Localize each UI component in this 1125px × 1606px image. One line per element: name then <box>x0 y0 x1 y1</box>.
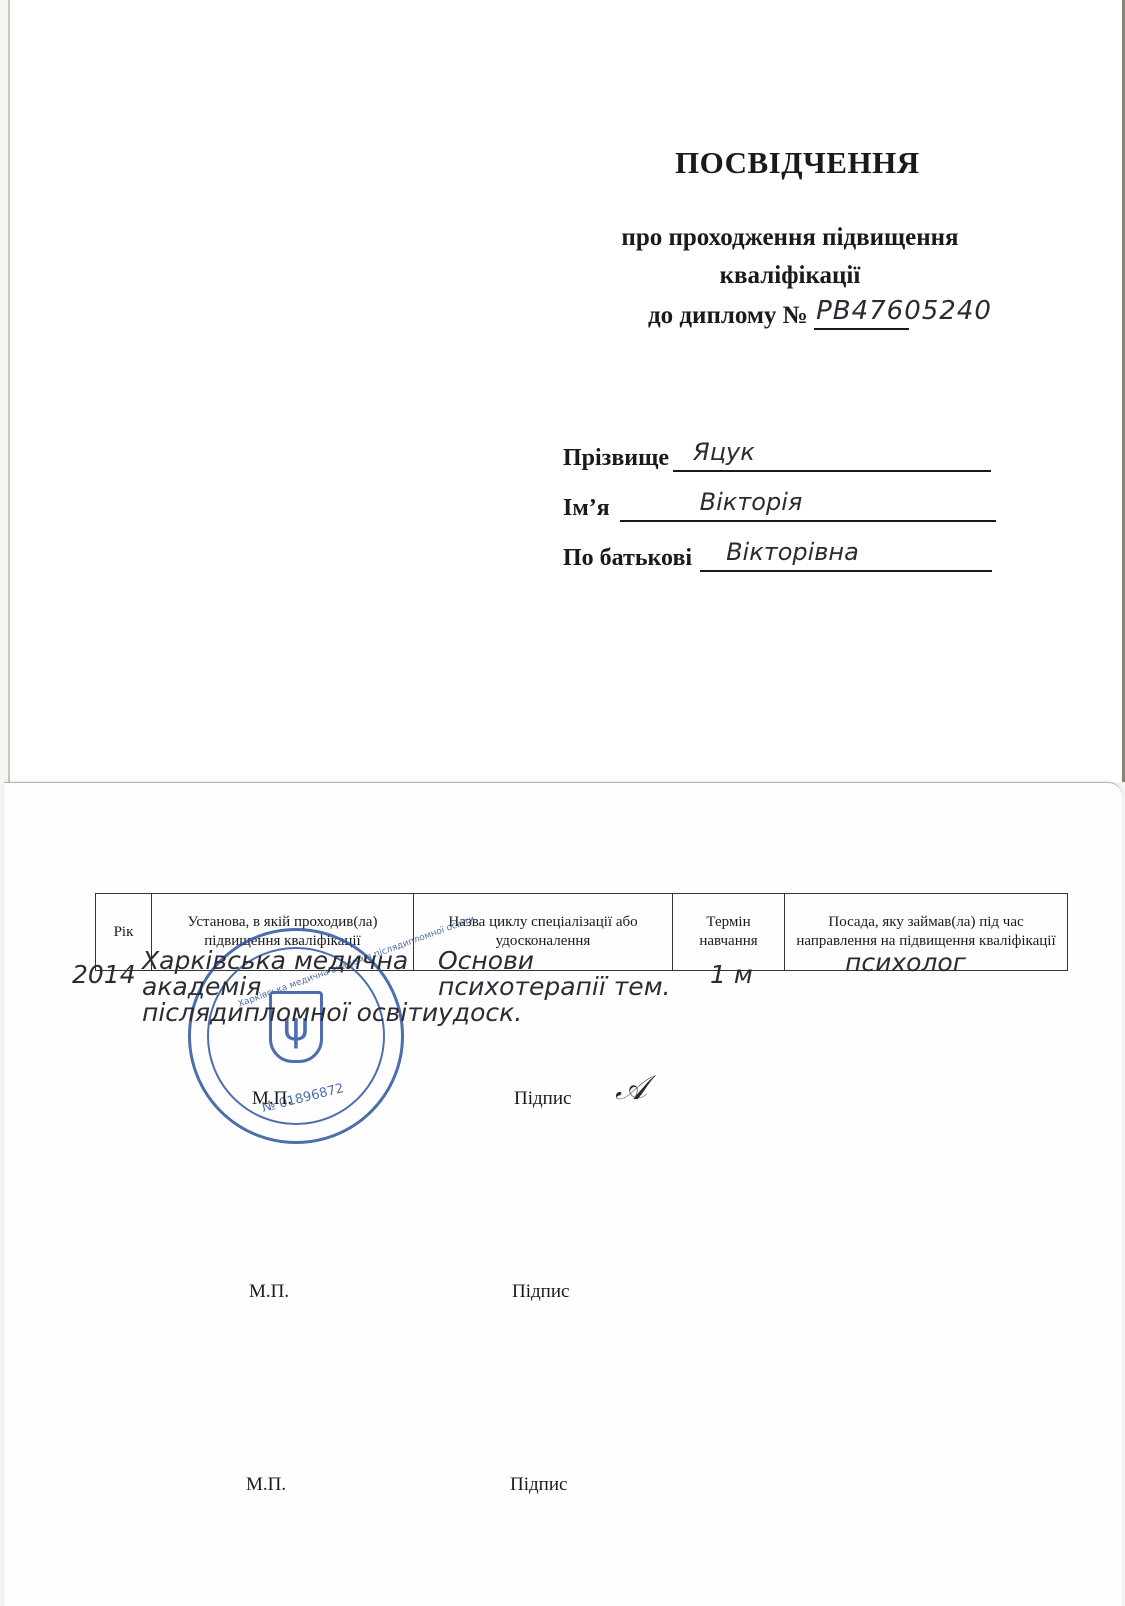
entry-duration: 1 м <box>710 962 753 988</box>
diploma-number-line: РВ47605240 <box>814 300 909 330</box>
name-value: Вікторія <box>700 488 803 516</box>
surname-line: Яцук <box>673 440 991 472</box>
entry-year: 2014 <box>72 962 136 988</box>
patronymic-label: По батькові <box>563 545 692 572</box>
patronymic-field: По батькові Вікторівна <box>563 540 992 572</box>
entry-cycle: Основи психотерапії тем. удоск. <box>438 948 708 1026</box>
seal-label-3: М.П. <box>246 1474 286 1496</box>
document-title: ПОСВІДЧЕННЯ <box>675 145 920 181</box>
name-label: Ім’я <box>563 495 610 522</box>
entry-institution: Харківська медична академія післядипломн… <box>142 948 442 1026</box>
patronymic-value: Вікторівна <box>726 538 859 566</box>
signature-mark-1: 𝒜 <box>615 1068 647 1108</box>
diploma-label: до диплому № <box>648 302 808 329</box>
diploma-number-value: РВ47605240 <box>816 296 992 326</box>
surname-field: Прізвище Яцук <box>563 440 991 472</box>
patronymic-line: Вікторівна <box>700 540 992 572</box>
seal-label-2: М.П. <box>249 1281 289 1303</box>
signature-label-1: Підпис <box>514 1088 571 1110</box>
seal-label-1: М.П. <box>252 1088 292 1110</box>
diploma-number-row: до диплому № РВ47605240 <box>648 300 909 330</box>
signature-label-2: Підпис <box>512 1281 569 1303</box>
entry-position: психолог <box>845 950 966 976</box>
certificate-front-page <box>8 0 1125 782</box>
document-subtitle-line2: кваліфікації <box>590 262 990 290</box>
surname-value: Яцук <box>693 438 755 466</box>
signature-label-3: Підпис <box>510 1474 567 1496</box>
name-line: Вікторія <box>620 490 996 522</box>
surname-label: Прізвище <box>563 445 669 472</box>
name-field: Ім’я Вікторія <box>563 490 996 522</box>
document-subtitle-line1: про проходження підвищення <box>590 224 990 252</box>
